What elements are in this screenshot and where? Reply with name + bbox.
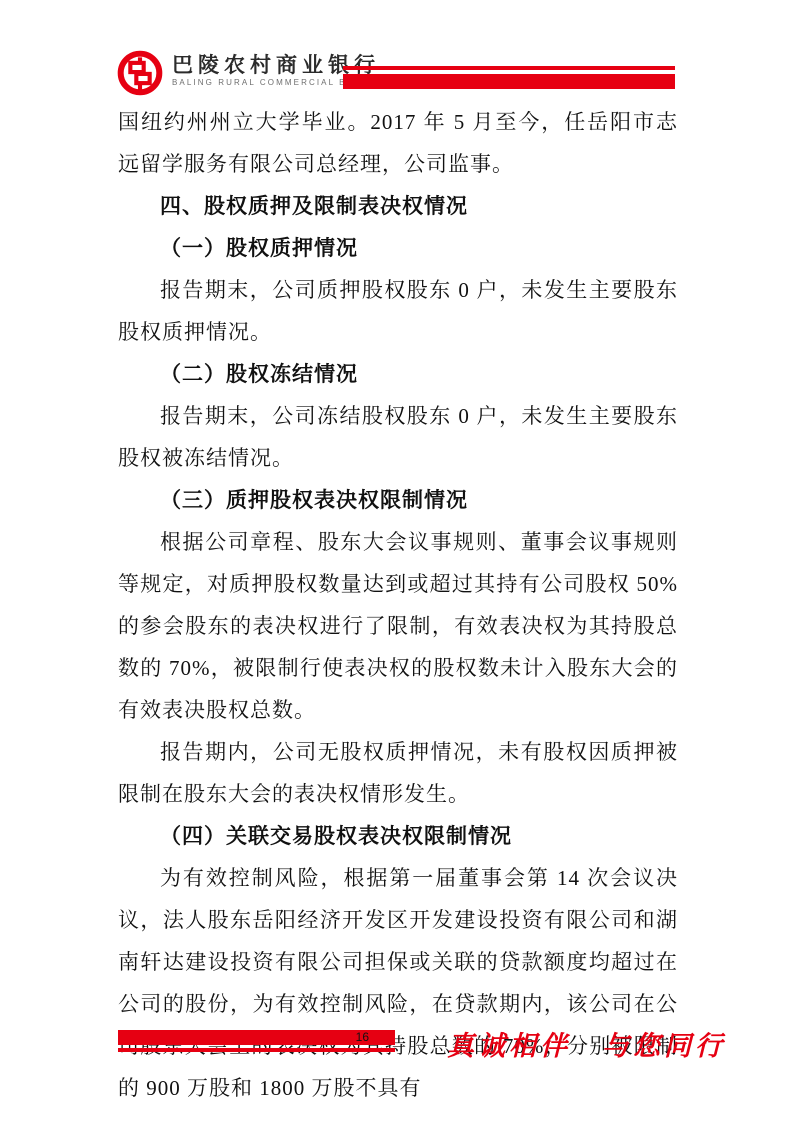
section-heading-4: 四、股权质押及限制表决权情况 bbox=[118, 185, 678, 227]
paragraph-no-pledge: 报告期内，公司无股权质押情况，未有股权因质押被限制在股东大会的表决权情形发生。 bbox=[118, 731, 678, 815]
sub-heading-4-1: （一）股权质押情况 bbox=[118, 227, 678, 269]
document-content: 国纽约州州立大学毕业。2017 年 5 月至今，任岳阳市志远留学服务有限公司总经… bbox=[118, 101, 678, 1109]
footer-bar: 16 bbox=[118, 1030, 395, 1045]
footer-rule-thin bbox=[118, 1048, 395, 1052]
document-page: 巴陵农村商业银行 BALING RURAL COMMERCIAL BANK 国纽… bbox=[0, 0, 793, 1122]
sub-heading-4-3: （三）质押股权表决权限制情况 bbox=[118, 479, 678, 521]
paragraph-pledge: 报告期末，公司质押股权股东 0 户，未发生主要股东股权质押情况。 bbox=[118, 269, 678, 353]
paragraph-voting-limit: 根据公司章程、股东大会议事规则、董事会议事规则等规定，对质押股权数量达到或超过其… bbox=[118, 521, 678, 731]
sub-heading-4-4: （四）关联交易股权表决权限制情况 bbox=[118, 815, 678, 857]
header-rule-thin bbox=[343, 66, 675, 70]
paragraph-related-party: 为有效控制风险，根据第一届董事会第 14 次会议决议，法人股东岳阳经济开发区开发… bbox=[118, 857, 678, 1109]
bank-logo: 巴陵农村商业银行 BALING RURAL COMMERCIAL BANK bbox=[117, 50, 380, 96]
paragraph-freeze: 报告期末，公司冻结股权股东 0 户，未发生主要股东股权被冻结情况。 bbox=[118, 395, 678, 479]
footer-slogan: 真诚相伴 与您同行 bbox=[447, 1024, 687, 1063]
bank-logo-icon bbox=[117, 50, 163, 96]
paragraph-continued: 国纽约州州立大学毕业。2017 年 5 月至今，任岳阳市志远留学服务有限公司总经… bbox=[118, 101, 678, 185]
sub-heading-4-2: （二）股权冻结情况 bbox=[118, 353, 678, 395]
header-rule-thick bbox=[343, 74, 675, 89]
page-number: 16 bbox=[356, 1030, 395, 1045]
